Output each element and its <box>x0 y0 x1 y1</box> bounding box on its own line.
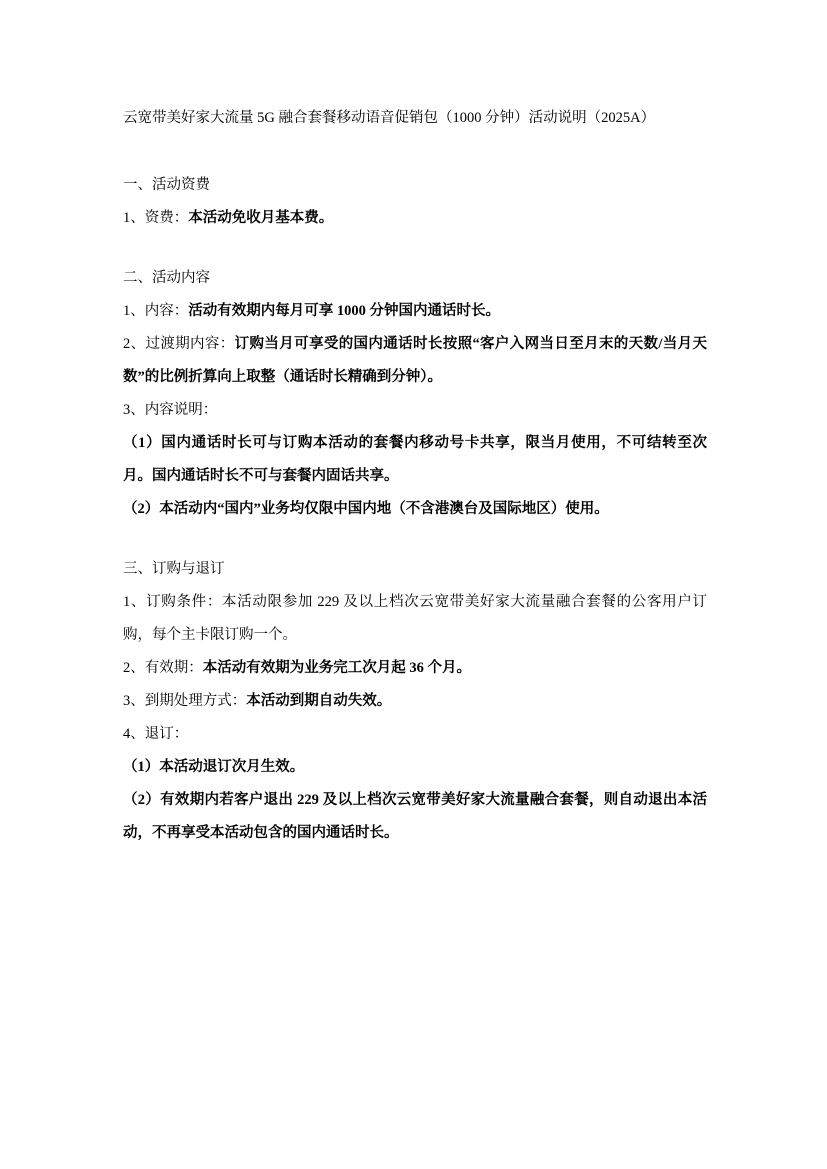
text-run: 本活动免收月基本费。 <box>188 210 333 226</box>
text-run: 本活动有效期为业务完工次月起 36 个月。 <box>203 660 471 676</box>
paragraph: 3、内容说明： <box>123 394 707 427</box>
text-run: 活动有效期内每月可享 1000 分钟国内通话时长。 <box>188 303 500 319</box>
document-content: 云宽带美好家大流量 5G 融合套餐移动语音促销包（1000 分钟）活动说明（20… <box>123 102 707 850</box>
document-body: 一、活动资费 1、资费：本活动免收月基本费。 二、活动内容 1、内容：活动有效期… <box>123 169 707 850</box>
text-run: （2）有效期内若客户退出 229 及以上档次云宽带美好家大流量融合套餐，则自动退… <box>123 792 707 841</box>
section-paragraphs: 1、资费：本活动免收月基本费。 <box>123 202 707 235</box>
text-run: 1、内容： <box>123 303 188 319</box>
section-heading: 二、活动内容 <box>123 262 707 295</box>
text-run: 本活动到期自动失效。 <box>246 693 391 709</box>
paragraph: 1、订购条件：本活动限参加 229 及以上档次云宽带美好家大流量融合套餐的公客用… <box>123 586 707 652</box>
text-run: 1、订购条件：本活动限参加 229 及以上档次云宽带美好家大流量融合套餐的公客用… <box>123 594 707 643</box>
section-heading: 三、订购与退订 <box>123 553 707 586</box>
section-heading: 一、活动资费 <box>123 169 707 202</box>
section-paragraphs: 1、订购条件：本活动限参加 229 及以上档次云宽带美好家大流量融合套餐的公客用… <box>123 586 707 850</box>
paragraph: 2、有效期：本活动有效期为业务完工次月起 36 个月。 <box>123 652 707 685</box>
document-section: 三、订购与退订 1、订购条件：本活动限参加 229 及以上档次云宽带美好家大流量… <box>123 553 707 850</box>
text-run: 3、内容说明： <box>123 402 217 418</box>
text-run: 3、到期处理方式： <box>123 693 246 709</box>
document-title: 云宽带美好家大流量 5G 融合套餐移动语音促销包（1000 分钟）活动说明（20… <box>123 102 707 135</box>
section-paragraphs: 1、内容：活动有效期内每月可享 1000 分钟国内通话时长。 2、过渡期内容：订… <box>123 295 707 526</box>
paragraph: （1）本活动退订次月生效。 <box>123 751 707 784</box>
text-run: （1）国内通话时长可与订购本活动的套餐内移动号卡共享，限当月使用，不可结转至次月… <box>123 435 707 484</box>
text-run: （2）本活动内“国内”业务均仅限中国内地（不含港澳台及国际地区）使用。 <box>123 501 609 517</box>
text-run: 4、退订： <box>123 726 188 742</box>
paragraph: （2）有效期内若客户退出 229 及以上档次云宽带美好家大流量融合套餐，则自动退… <box>123 784 707 850</box>
paragraph: （2）本活动内“国内”业务均仅限中国内地（不含港澳台及国际地区）使用。 <box>123 493 707 526</box>
paragraph: （1）国内通话时长可与订购本活动的套餐内移动号卡共享，限当月使用，不可结转至次月… <box>123 427 707 493</box>
document-page: 云宽带美好家大流量 5G 融合套餐移动语音促销包（1000 分钟）活动说明（20… <box>0 0 827 1169</box>
text-run: （1）本活动退订次月生效。 <box>123 759 304 775</box>
paragraph: 4、退订： <box>123 718 707 751</box>
paragraph: 1、资费：本活动免收月基本费。 <box>123 202 707 235</box>
text-run: 1、资费： <box>123 210 188 226</box>
document-section: 二、活动内容 1、内容：活动有效期内每月可享 1000 分钟国内通话时长。 2、… <box>123 262 707 526</box>
text-run: 2、过渡期内容： <box>123 336 235 352</box>
document-section: 一、活动资费 1、资费：本活动免收月基本费。 <box>123 169 707 235</box>
text-run: 2、有效期： <box>123 660 203 676</box>
paragraph: 2、过渡期内容：订购当月可享受的国内通话时长按照“客户入网当日至月末的天数/当月… <box>123 328 707 394</box>
paragraph: 3、到期处理方式：本活动到期自动失效。 <box>123 685 707 718</box>
paragraph: 1、内容：活动有效期内每月可享 1000 分钟国内通话时长。 <box>123 295 707 328</box>
